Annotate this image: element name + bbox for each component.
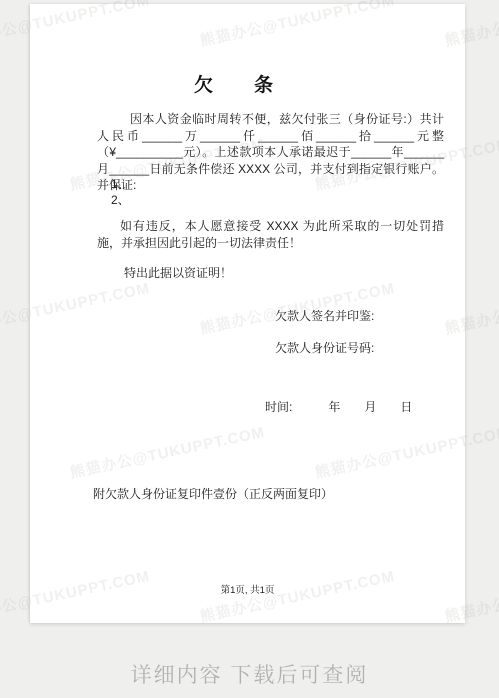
paragraph-penalty-clause: 如有违反，本人愿意接受 XXXX 为此所采取的一切处罚措施，并承担因此引起的一切… [97, 218, 444, 251]
screenshot-root: { "page": { "title": "欠 条", "body": { "p… [0, 0, 499, 698]
date-line: 时间: 年 月 日 [265, 398, 412, 415]
attachment-note: 附欠款人身份证复印件壹份（正反两面复印） [93, 485, 333, 502]
label-debtor-signature: 欠款人签名并印鉴: [275, 307, 374, 324]
paragraph-proof-statement: 特出此据以资证明！ [124, 264, 232, 281]
paragraph-debt-statement: 因本人资金临时周转不便，兹欠付张三（身份证号:）共计人民币______万____… [97, 111, 444, 194]
preview-canvas: 欠 条 因本人资金临时周转不便，兹欠付张三（身份证号:）共计人民币______万… [0, 0, 499, 698]
label-debtor-id-number: 欠款人身份证号码: [275, 339, 374, 356]
list-item-2: 2、 [111, 192, 130, 209]
bottom-caption: 详细内容 下载后可查阅 [0, 650, 499, 698]
list-item-1: 1、 [111, 176, 130, 193]
page-number-footer: 第1页, 共1页 [30, 582, 465, 596]
document-page: 欠 条 因本人资金临时周转不便，兹欠付张三（身份证号:）共计人民币______万… [30, 4, 465, 623]
document-title: 欠 条 [30, 70, 438, 97]
